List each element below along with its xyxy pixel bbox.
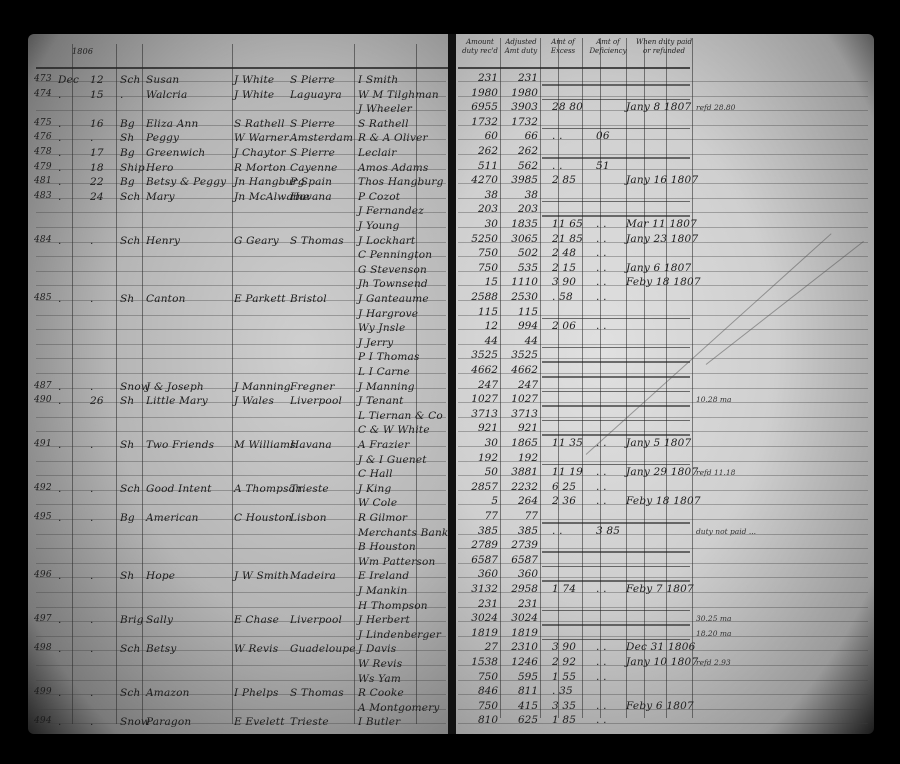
deficiency-amount: . . [596, 656, 607, 668]
vessel-name: J & Joseph [146, 381, 204, 393]
excess-amount: . 35 [552, 685, 573, 697]
adjusted-duty: 231 [502, 72, 538, 84]
adjusted-duty: 1110 [502, 276, 538, 288]
port-of-origin: Laguayra [290, 89, 342, 101]
right-page: Amount duty rec'dAdjusted Amt dutyAmt of… [456, 34, 874, 734]
header-rule [458, 67, 690, 69]
vessel-name: Walcria [146, 89, 187, 101]
settled-line [542, 318, 690, 320]
duty-received: 4662 [460, 364, 498, 376]
importer-name: Merchants Bank Co [358, 527, 452, 539]
deficiency-amount: . . [596, 671, 607, 683]
deficiency-amount: . . [596, 495, 607, 507]
duty-received: 203 [460, 203, 498, 215]
entry-day: 16 [90, 118, 104, 130]
column-divider [540, 38, 541, 718]
entry-month: . [58, 614, 62, 626]
port-of-origin: Liverpool [290, 395, 342, 407]
duty-received: 921 [460, 422, 498, 434]
deficiency-amount: . . [596, 320, 607, 332]
duty-received: 1732 [460, 116, 498, 128]
adjusted-duty: 1835 [502, 218, 538, 230]
master-name: I Phelps [234, 687, 279, 699]
column-divider [500, 38, 501, 718]
excess-amount: 2 15 [552, 262, 576, 274]
duty-received: 5250 [460, 233, 498, 245]
refund-date: Feby 18 1807 [626, 276, 701, 288]
adjusted-duty: 3525 [502, 349, 538, 361]
refund-date: Feby 6 1807 [626, 700, 694, 712]
importer-name: P I Thomas [358, 351, 420, 363]
entry-number: 499 [34, 687, 52, 697]
excess-amount: 28 80 [552, 101, 583, 113]
adjusted-duty: 1732 [502, 116, 538, 128]
vessel-rig: Sch [120, 483, 140, 495]
port-of-origin: Lisbon [290, 512, 327, 524]
importer-name: J Jerry [358, 337, 393, 349]
entry-day: . [90, 512, 94, 524]
adjusted-duty: 3985 [502, 174, 538, 186]
duty-received: 3525 [460, 349, 498, 361]
entry-day: . [90, 483, 94, 495]
excess-amount: 1 85 [552, 714, 576, 726]
port-of-origin: Liverpool [290, 614, 342, 626]
master-name: G Geary [234, 235, 279, 247]
vessel-name: Eliza Ann [146, 118, 198, 130]
duty-received: 247 [460, 379, 498, 391]
importer-name: J Manning [358, 381, 415, 393]
excess-amount: . . [552, 525, 563, 537]
importer-name: J Davis [358, 643, 396, 655]
settled-line [542, 405, 690, 407]
deficiency-amount: 06 [596, 130, 610, 142]
settled-line [542, 361, 690, 363]
duty-received: 44 [460, 335, 498, 347]
column-divider [692, 38, 693, 718]
duty-received: 750 [460, 700, 498, 712]
excess-amount: 6 25 [552, 481, 576, 493]
importer-name: J Herbert [358, 614, 410, 626]
importer-name: R & A Oliver [358, 132, 428, 144]
margin-note: 10.28 ma [696, 395, 731, 404]
adjusted-duty: 38 [502, 189, 538, 201]
vessel-name: Little Mary [146, 395, 208, 407]
vessel-rig: Bg [120, 512, 135, 524]
vessel-name: Susan [146, 74, 179, 86]
master-name: W Warner [234, 132, 289, 144]
vessel-rig: Sh [120, 132, 134, 144]
adjusted-duty: 231 [502, 598, 538, 610]
duty-received: 15 [460, 276, 498, 288]
importer-name: J Wheeler [358, 103, 412, 115]
adjusted-duty: 502 [502, 247, 538, 259]
entry-day: . [90, 381, 94, 393]
column-divider [416, 44, 417, 724]
duty-received: 750 [460, 262, 498, 274]
header-rule [36, 67, 448, 69]
vessel-rig: Sch [120, 74, 140, 86]
entry-number: 490 [34, 395, 52, 405]
duty-received: 1027 [460, 393, 498, 405]
duty-received: 1819 [460, 627, 498, 639]
master-name: J White [234, 89, 274, 101]
deficiency-amount: . . [596, 233, 607, 245]
excess-amount: . . [552, 160, 563, 172]
importer-name: Ws Yam [358, 673, 401, 685]
excess-amount: 1 55 [552, 671, 576, 683]
entry-number: 498 [34, 643, 52, 653]
importer-name: Jh Townsend [358, 278, 428, 290]
duty-received: 3132 [460, 583, 498, 595]
master-name: J Chaytor [234, 147, 286, 159]
entry-number: 484 [34, 235, 52, 245]
duty-received: 2789 [460, 539, 498, 551]
adjusted-duty: 1980 [502, 87, 538, 99]
duty-received: 3713 [460, 408, 498, 420]
entry-day: . [90, 439, 94, 451]
importer-name: I Butler [358, 716, 400, 728]
entry-number: 497 [34, 614, 52, 624]
adjusted-duty: 535 [502, 262, 538, 274]
duty-received: 4270 [460, 174, 498, 186]
importer-name: H Thompson [358, 600, 428, 612]
entry-month: . [58, 643, 62, 655]
adjusted-duty: 66 [502, 130, 538, 142]
port-of-origin: Havana [290, 191, 332, 203]
entry-number: 487 [34, 381, 52, 391]
adjusted-duty: 3903 [502, 101, 538, 113]
entry-day: 12 [90, 74, 104, 86]
entry-month: . [58, 235, 62, 247]
importer-name: A Frazier [358, 439, 409, 451]
port-of-origin: S Pierre [290, 74, 335, 86]
duty-received: 231 [460, 598, 498, 610]
adjusted-duty: 921 [502, 422, 538, 434]
settled-line [542, 99, 690, 101]
duty-received: 50 [460, 466, 498, 478]
adjusted-duty: 3881 [502, 466, 538, 478]
entry-month: . [58, 132, 62, 144]
master-name: M Williams [234, 439, 296, 451]
adjusted-duty: 77 [502, 510, 538, 522]
settled-line [542, 215, 690, 217]
duty-received: 810 [460, 714, 498, 726]
left-page: 1806473Dec12SchSusanJ WhiteS PierreI Smi… [28, 34, 452, 734]
importer-name: J Tenant [358, 395, 404, 407]
importer-name: E Ireland [358, 570, 409, 582]
adjusted-duty: 203 [502, 203, 538, 215]
refund-date: Jany 16 1807 [626, 174, 698, 186]
adjusted-duty: 1246 [502, 656, 538, 668]
refund-date: Jany 8 1807 [626, 101, 691, 113]
settled-line [542, 157, 690, 159]
column-header: Amount duty rec'd [460, 38, 500, 56]
duty-received: 60 [460, 130, 498, 142]
importer-name: J Ganteaume [358, 293, 429, 305]
settled-line [542, 434, 690, 436]
entry-number: 476 [34, 132, 52, 142]
refund-date: Feby 18 1807 [626, 495, 701, 507]
settled-line [542, 376, 690, 378]
entry-month: . [58, 395, 62, 407]
adjusted-duty: 6587 [502, 554, 538, 566]
master-name: J White [234, 74, 274, 86]
deficiency-amount: 3 85 [596, 525, 620, 537]
adjusted-duty: 3065 [502, 233, 538, 245]
duty-received: 2857 [460, 481, 498, 493]
entry-day: 22 [90, 176, 104, 188]
column-divider [116, 44, 117, 724]
vessel-name: Sally [146, 614, 173, 626]
entry-number: 473 [34, 74, 52, 84]
adjusted-duty: 2739 [502, 539, 538, 551]
refund-date: Jany 23 1807 [626, 233, 698, 245]
adjusted-duty: 3713 [502, 408, 538, 420]
vessel-rig: Sch [120, 191, 140, 203]
entry-day: . [90, 687, 94, 699]
settled-line [542, 391, 690, 393]
master-name: J W Smith [234, 570, 289, 582]
vessel-rig: Sh [120, 395, 134, 407]
adjusted-duty: 3024 [502, 612, 538, 624]
deficiency-amount: . . [596, 700, 607, 712]
importer-name: J Fernandez [358, 205, 424, 217]
duty-received: 1980 [460, 87, 498, 99]
port-of-origin: P Spain [290, 176, 332, 188]
port-of-origin: Trieste [290, 716, 329, 728]
port-of-origin: S Thomas [290, 687, 344, 699]
duty-received: 360 [460, 568, 498, 580]
excess-amount: . . [552, 130, 563, 142]
adjusted-duty: 247 [502, 379, 538, 391]
importer-name: J & I Guenet [358, 454, 427, 466]
entry-number: 479 [34, 162, 52, 172]
importer-name: S Rathell [358, 118, 409, 130]
entry-number: 483 [34, 191, 52, 201]
port-of-origin: Cayenne [290, 162, 338, 174]
settled-line [542, 201, 690, 203]
port-of-origin: Guadeloupe [290, 643, 356, 655]
column-divider [72, 44, 73, 724]
adjusted-duty: 811 [502, 685, 538, 697]
master-name: S Rathell [234, 118, 285, 130]
importer-name: J Hargrove [358, 308, 418, 320]
excess-amount: 2 36 [552, 495, 576, 507]
vessel-rig: Sch [120, 687, 140, 699]
vessel-rig: Sh [120, 293, 134, 305]
entry-number: 495 [34, 512, 52, 522]
importer-name: R Gilmor [358, 512, 407, 524]
entry-day: . [90, 293, 94, 305]
vessel-rig: Sch [120, 643, 140, 655]
adjusted-duty: 1865 [502, 437, 538, 449]
entry-day: 15 [90, 89, 104, 101]
vessel-name: Canton [146, 293, 186, 305]
vessel-name: Peggy [146, 132, 179, 144]
vessel-name: Betsy [146, 643, 176, 655]
adjusted-duty: 1819 [502, 627, 538, 639]
excess-amount: 3 90 [552, 276, 576, 288]
duty-received: 1538 [460, 656, 498, 668]
settled-line [542, 610, 690, 612]
entry-day: 18 [90, 162, 104, 174]
duty-received: 5 [460, 495, 498, 507]
master-name: R Morton [234, 162, 286, 174]
adjusted-duty: 360 [502, 568, 538, 580]
duty-received: 2588 [460, 291, 498, 303]
adjusted-duty: 264 [502, 495, 538, 507]
column-divider [666, 38, 667, 718]
entry-month: . [58, 176, 62, 188]
excess-amount: 2 48 [552, 247, 576, 259]
duty-received: 30 [460, 437, 498, 449]
adjusted-duty: 2232 [502, 481, 538, 493]
entry-month: . [58, 89, 62, 101]
adjusted-duty: 625 [502, 714, 538, 726]
vessel-rig: Bg [120, 176, 135, 188]
vessel-name: Mary [146, 191, 175, 203]
year-marker: 1806 [72, 47, 93, 56]
deficiency-amount: 51 [596, 160, 610, 172]
vessel-rig: Brig [120, 614, 144, 626]
deficiency-amount: . . [596, 481, 607, 493]
vessel-name: Betsy & Peggy [146, 176, 226, 188]
vessel-name: Amazon [146, 687, 190, 699]
adjusted-duty: 1027 [502, 393, 538, 405]
adjusted-duty: 192 [502, 452, 538, 464]
entry-number: 474 [34, 89, 52, 99]
entry-month: . [58, 512, 62, 524]
excess-amount: 1 74 [552, 583, 576, 595]
entry-day: 17 [90, 147, 104, 159]
column-header: Amt of Deficiency [586, 38, 630, 56]
duty-received: 30 [460, 218, 498, 230]
duty-received: 231 [460, 72, 498, 84]
entry-day: . [90, 235, 94, 247]
master-name: W Revis [234, 643, 278, 655]
settled-line [542, 84, 690, 86]
adjusted-duty: 562 [502, 160, 538, 172]
entry-month: Dec [58, 74, 79, 86]
duty-received: 192 [460, 452, 498, 464]
excess-amount: . 58 [552, 291, 573, 303]
port-of-origin: S Thomas [290, 235, 344, 247]
settled-line [542, 522, 690, 524]
importer-name: J Mankin [358, 585, 407, 597]
vessel-rig: Sh [120, 570, 134, 582]
importer-name: W Cole [358, 497, 397, 509]
vessel-name: Good Intent [146, 483, 212, 495]
importer-name: C & W White [358, 424, 430, 436]
entry-day: 26 [90, 395, 104, 407]
duty-received: 27 [460, 641, 498, 653]
duty-received: 750 [460, 247, 498, 259]
adjusted-duty: 4662 [502, 364, 538, 376]
port-of-origin: Madeira [290, 570, 336, 582]
adjusted-duty: 2310 [502, 641, 538, 653]
vessel-name: Hope [146, 570, 175, 582]
duty-received: 846 [460, 685, 498, 697]
excess-amount: 11 19 [552, 466, 583, 478]
duty-received: 511 [460, 160, 498, 172]
entry-month: . [58, 687, 62, 699]
vessel-name: Two Friends [146, 439, 214, 451]
adjusted-duty: 595 [502, 671, 538, 683]
entry-day: . [90, 643, 94, 655]
deficiency-amount: . . [596, 262, 607, 274]
duty-received: 6955 [460, 101, 498, 113]
master-name: J Manning [234, 381, 291, 393]
refund-date: Jany 29 1807 [626, 466, 698, 478]
master-name: C Houston [234, 512, 292, 524]
entry-month: . [58, 162, 62, 174]
deficiency-amount: . . [596, 714, 607, 726]
importer-name: C Hall [358, 468, 393, 480]
adjusted-duty: 415 [502, 700, 538, 712]
entry-number: 481 [34, 176, 52, 186]
refund-date: Feby 7 1807 [626, 583, 694, 595]
entry-number: 475 [34, 118, 52, 128]
vessel-rig: Sh [120, 439, 134, 451]
deficiency-amount: . . [596, 466, 607, 478]
entry-number: 478 [34, 147, 52, 157]
importer-name: J Young [358, 220, 400, 232]
adjusted-duty: 2530 [502, 291, 538, 303]
deficiency-amount: . . [596, 291, 607, 303]
importer-name: A Montgomery [358, 702, 440, 714]
importer-name: G Stevenson [358, 264, 427, 276]
importer-name: Leclair [358, 147, 396, 159]
deficiency-amount: . . [596, 583, 607, 595]
vessel-rig: . [120, 89, 124, 101]
entry-month: . [58, 118, 62, 130]
entry-number: 485 [34, 293, 52, 303]
settled-line [542, 566, 690, 568]
importer-name: J Lindenberger [358, 629, 441, 641]
column-divider [354, 44, 355, 724]
port-of-origin: S Pierre [290, 147, 335, 159]
entry-number: 492 [34, 483, 52, 493]
adjusted-duty: 385 [502, 525, 538, 537]
entry-month: . [58, 570, 62, 582]
entry-day: . [90, 132, 94, 144]
master-name: E Parkett [234, 293, 286, 305]
importer-name: W M Tilghman [358, 89, 439, 101]
ledger-spread: 1806473Dec12SchSusanJ WhiteS PierreI Smi… [28, 34, 874, 734]
column-divider [644, 38, 645, 718]
duty-received: 115 [460, 306, 498, 318]
master-name: E Evelett [234, 716, 285, 728]
margin-note: refd 11.18 [696, 468, 735, 477]
column-header: Adjusted Amt duty [502, 38, 540, 56]
vessel-name: Hero [146, 162, 174, 174]
settled-line [542, 624, 690, 626]
entry-month: . [58, 483, 62, 495]
excess-amount: 11 65 [552, 218, 583, 230]
entry-number: 496 [34, 570, 52, 580]
vessel-name: Greenwich [146, 147, 205, 159]
settled-line [542, 639, 690, 641]
importer-name: Wm Patterson [358, 556, 435, 568]
duty-received: 262 [460, 145, 498, 157]
adjusted-duty: 115 [502, 306, 538, 318]
entry-day: . [90, 570, 94, 582]
importer-name: P Cozot [358, 191, 400, 203]
importer-name: J King [358, 483, 391, 495]
vessel-rig: Bg [120, 147, 135, 159]
entry-month: . [58, 439, 62, 451]
margin-note: duty not paid ... [696, 527, 756, 536]
